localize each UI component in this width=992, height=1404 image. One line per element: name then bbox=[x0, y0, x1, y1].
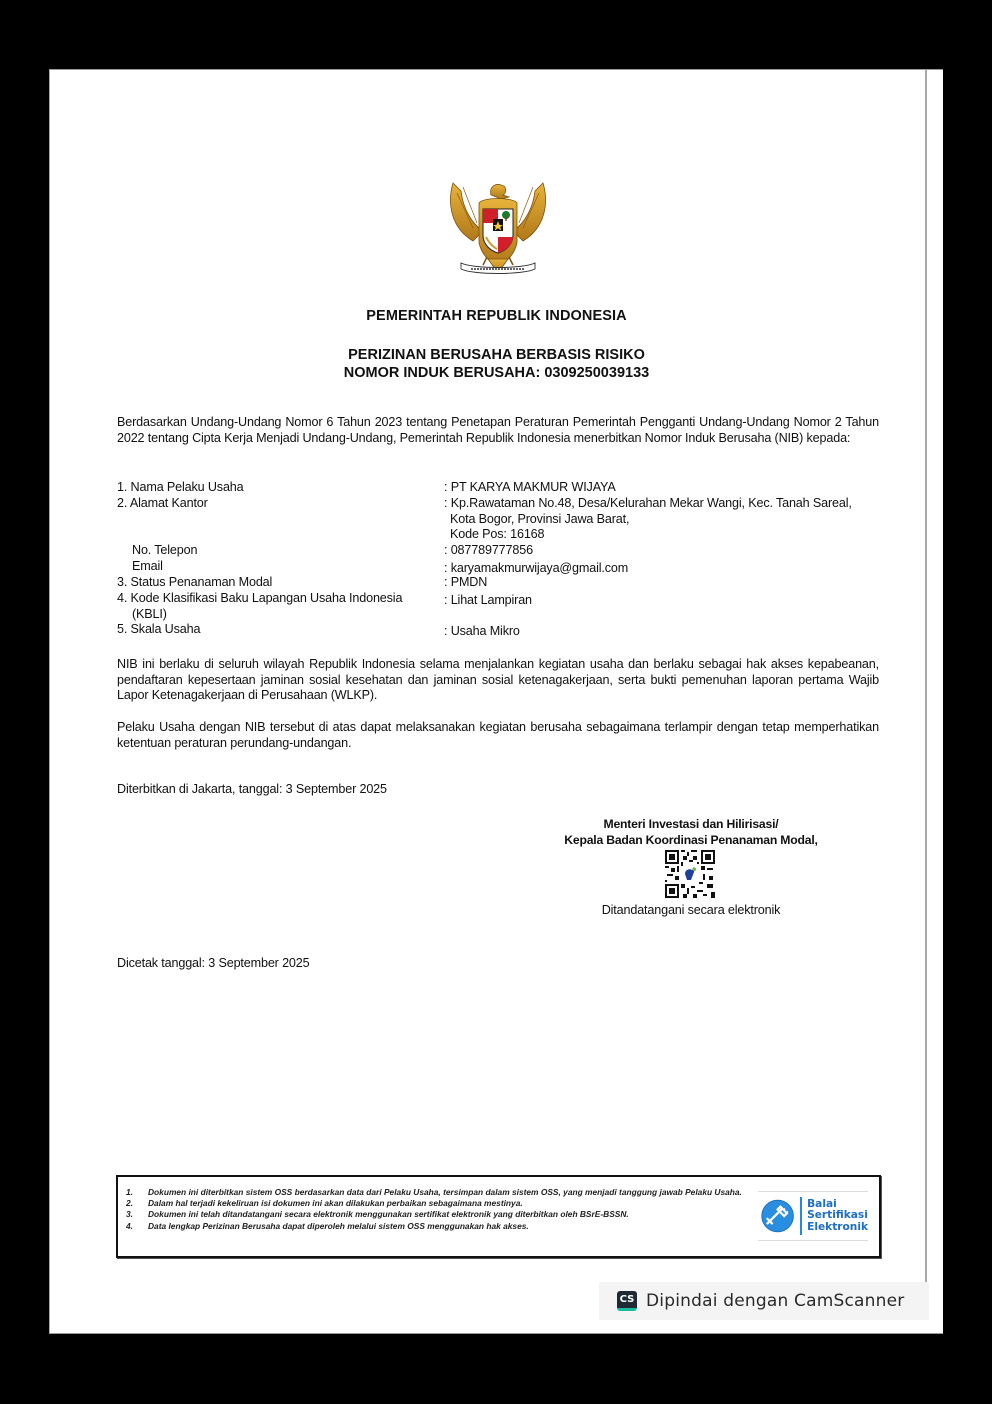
field-value: : Kp.Rawataman No.48, Desa/Kelurahan Mek… bbox=[444, 496, 884, 512]
field-label: 4. Kode Klasifikasi Baku Lapangan Usaha … bbox=[117, 591, 437, 607]
signer-line1: Menteri Investasi dan Hilirisasi/ bbox=[541, 816, 841, 832]
bsre-emblem-icon bbox=[760, 1197, 795, 1235]
field-label: 5. Skala Usaha bbox=[117, 622, 437, 638]
document-title-line1: PERIZINAN BERUSAHA BERBASIS RISIKO bbox=[50, 346, 943, 364]
bsre-logo: Balai Sertifikasi Elektronik bbox=[758, 1191, 868, 1241]
obligation-paragraph: Pelaku Usaha dengan NIB tersebut di atas… bbox=[117, 720, 879, 751]
document-title: PERIZINAN BERUSAHA BERBASIS RISIKO NOMOR… bbox=[50, 346, 943, 382]
government-heading: PEMERINTAH REPUBLIK INDONESIA bbox=[50, 308, 943, 324]
field-value: : 087789777856 bbox=[444, 543, 884, 559]
field-value: : PMDN bbox=[444, 575, 884, 591]
field-label: 1. Nama Pelaku Usaha bbox=[117, 480, 437, 496]
field-value: : Usaha Mikro bbox=[444, 624, 884, 640]
signer-line2: Kepala Badan Koordinasi Penanaman Modal, bbox=[541, 832, 841, 848]
bsre-text: Balai Sertifikasi Elektronik bbox=[807, 1199, 868, 1234]
page-edge-line bbox=[925, 70, 927, 1296]
signer-title: Menteri Investasi dan Hilirisasi/ Kepala… bbox=[541, 816, 841, 848]
field-label: Email bbox=[117, 559, 437, 575]
camscanner-watermark: CS Dipindai dengan CamScanner bbox=[599, 1282, 929, 1320]
watermark-text: Dipindai dengan CamScanner bbox=[646, 1291, 904, 1311]
footnotes-box: 1.Dokumen ini diterbitkan sistem OSS ber… bbox=[116, 1175, 881, 1258]
footnote-item: 4.Data lengkap Perizinan Berusaha dapat … bbox=[126, 1221, 756, 1232]
bsre-divider bbox=[800, 1197, 802, 1235]
nib-number: NOMOR INDUK BERUSAHA: 0309250039133 bbox=[50, 364, 943, 382]
field-value-line3: Kode Pos: 16168 bbox=[450, 527, 890, 543]
footnotes-list: 1.Dokumen ini diterbitkan sistem OSS ber… bbox=[126, 1187, 756, 1232]
field-label: 3. Status Penanaman Modal bbox=[117, 575, 437, 591]
field-value-line2: Kota Bogor, Provinsi Jawa Barat, bbox=[450, 512, 890, 528]
issued-date: Diterbitkan di Jakarta, tanggal: 3 Septe… bbox=[117, 782, 387, 796]
field-label-line2: (KBLI) bbox=[117, 607, 437, 623]
field-label: No. Telepon bbox=[117, 543, 437, 559]
e-signature-note: Ditandatangani secara elektronik bbox=[541, 903, 841, 917]
document-page: PEMERINTAH REPUBLIK INDONESIA PERIZINAN … bbox=[49, 69, 943, 1334]
footnote-item: 1.Dokumen ini diterbitkan sistem OSS ber… bbox=[126, 1187, 756, 1198]
field-value: : Lihat Lampiran bbox=[444, 593, 884, 609]
field-label: 2. Alamat Kantor bbox=[117, 496, 437, 512]
printed-date: Dicetak tanggal: 3 September 2025 bbox=[117, 956, 309, 970]
qr-code-icon[interactable] bbox=[665, 850, 715, 898]
footnote-item: 3.Dokumen ini telah ditandatangani secar… bbox=[126, 1209, 756, 1220]
validity-paragraph: NIB ini berlaku di seluruh wilayah Repub… bbox=[117, 657, 879, 704]
footnote-item: 2.Dalam hal terjadi kekeliruan isi dokum… bbox=[126, 1198, 756, 1209]
field-value: : PT KARYA MAKMUR WIJAYA bbox=[444, 480, 884, 496]
camscanner-logo-icon: CS bbox=[617, 1291, 637, 1311]
intro-paragraph: Berdasarkan Undang-Undang Nomor 6 Tahun … bbox=[117, 415, 879, 446]
garuda-emblem-icon bbox=[443, 173, 553, 279]
